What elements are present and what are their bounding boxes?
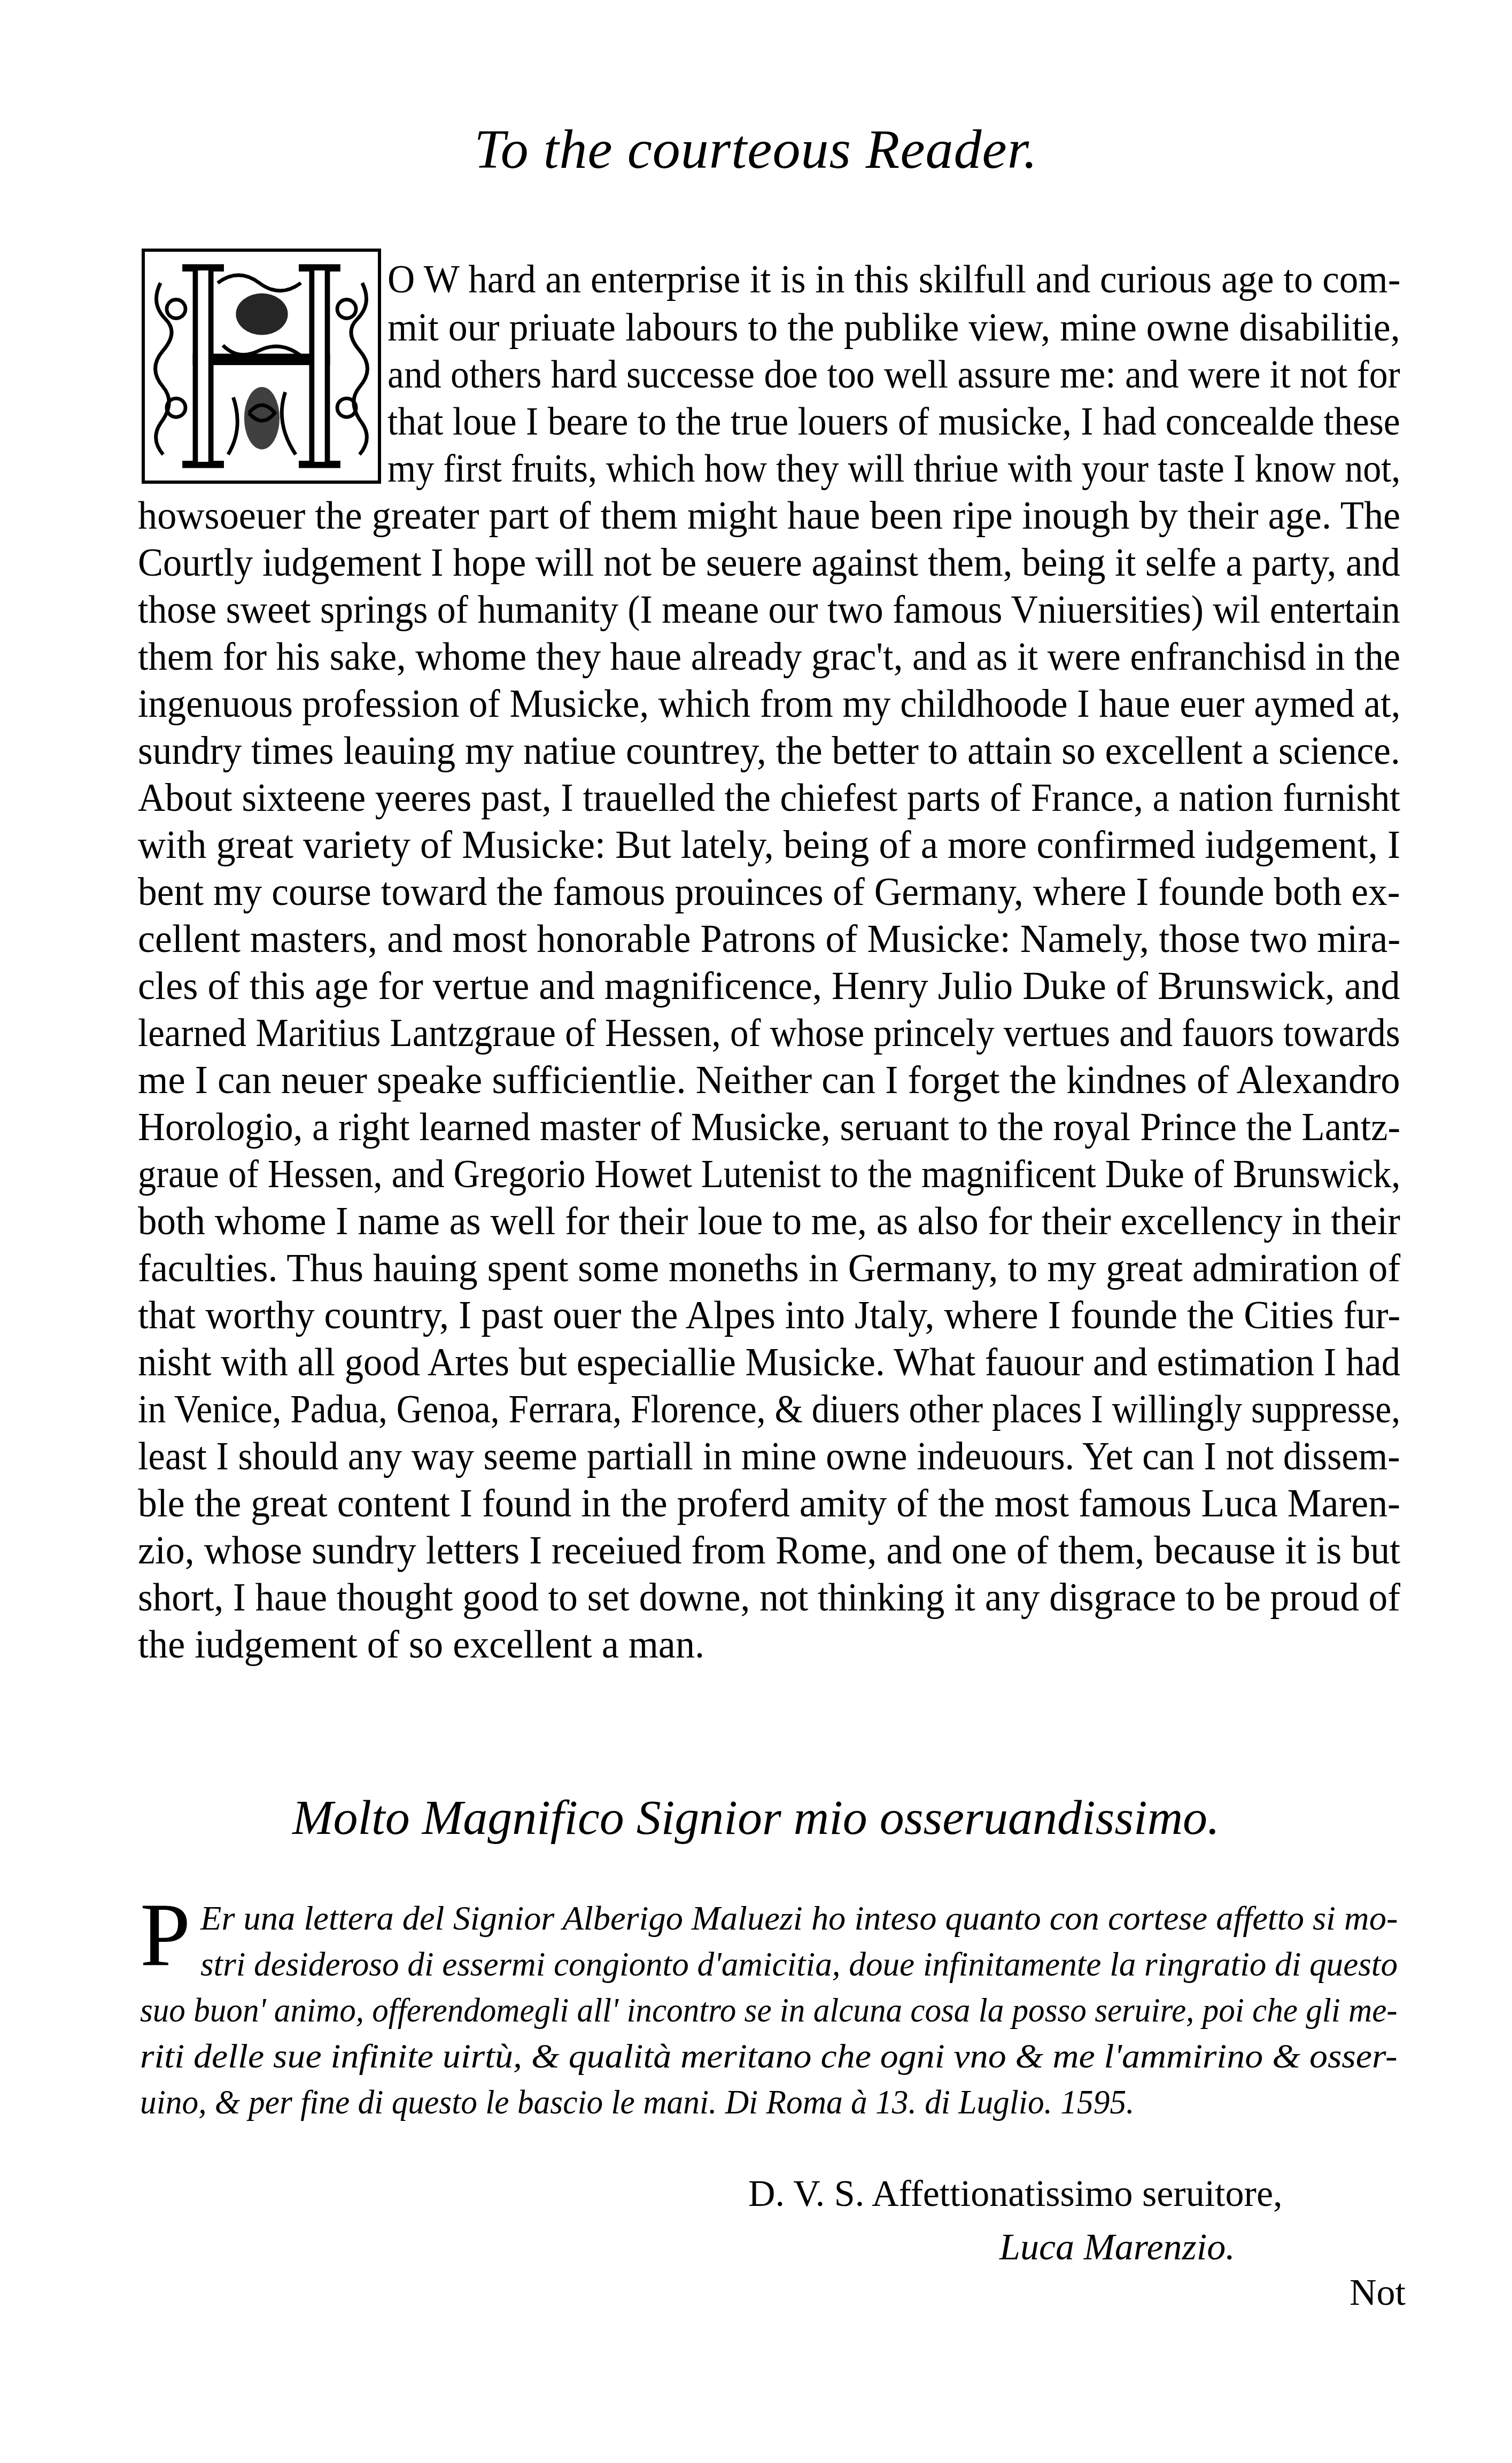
text-line: ingenuous profession of Musicke, which f… (138, 680, 1400, 728)
text-line: learned Maritius Lantzgraue of Hessen, o… (138, 1009, 1400, 1057)
text-line: least I should any way seeme partiall in… (138, 1432, 1400, 1481)
letter-heading: Molto Magnifico Signior mio osseruandiss… (0, 1785, 1512, 1849)
text-line: graue of Hessen, and Gregorio Howet Lute… (138, 1150, 1400, 1198)
text-line: that loue I beare to the true louers of … (387, 398, 1400, 446)
text-line: sundry times leauing my natiue countrey,… (138, 727, 1400, 775)
text-line: howsoeuer the greater part of them might… (138, 492, 1400, 540)
text-line: cles of this age for vertue and magnific… (138, 962, 1400, 1010)
text-line: and others hard successe doe too well as… (387, 351, 1400, 399)
text-line: mit our priuate labours to the publike v… (387, 304, 1400, 352)
text-line: bent my course toward the famous prouinc… (138, 868, 1400, 916)
text-line: cellent masters, and most honorable Patr… (138, 915, 1400, 963)
signature-closing: D. V. S. Affettionatissimo seruitore, (748, 2170, 1282, 2218)
text-line: faculties. Thus hauing spent some moneth… (138, 1244, 1400, 1292)
text-line: me I can neuer speake sufficientlie. Nei… (138, 1056, 1400, 1104)
text-line: my first fruits, which how they will thr… (387, 445, 1400, 493)
text-line-last: the iudgement of so excellent a man. (138, 1621, 704, 1669)
text-line: Horologio, a right learned master of Mus… (138, 1103, 1400, 1151)
text-line: those sweet springs of humanity (I meane… (138, 586, 1400, 634)
text-line: in Venice, Padua, Genoa, Ferrara, Floren… (138, 1385, 1400, 1434)
ornamental-letter-h-icon (145, 252, 378, 481)
text-line: O W hard an enterprise it is in this ski… (387, 255, 1400, 304)
text-line: them for his sake, whome they haue alrea… (138, 633, 1400, 681)
text-line: both whome I name as well for their loue… (138, 1197, 1400, 1245)
text-line: that worthy country, I past ouer the Alp… (138, 1291, 1400, 1339)
book-page: To the courteous Reader. (0, 0, 1512, 2463)
signature-name: Luca Marenzio. (999, 2224, 1235, 2272)
decorated-initial-h (142, 249, 381, 484)
letter-line: stri desideroso di essermi congionto d'a… (200, 1942, 1398, 1986)
text-line: zio, whose sundry letters I receiued fro… (138, 1527, 1400, 1575)
text-line: ble the great content I found in the pro… (138, 1480, 1400, 1528)
catchword: Not (1350, 2269, 1406, 2317)
text-line: About sixteene yeeres past, I trauelled … (138, 774, 1400, 822)
letter-line: uino, & per fine di questo le bascio le … (140, 2080, 1134, 2124)
page-title: To the courteous Reader. (0, 115, 1512, 184)
letter-initial: P (140, 1889, 191, 1980)
letter-line: riti delle sue infinite uirtù, & qualità… (140, 2034, 1398, 2078)
text-line: with great variety of Musicke: But latel… (138, 821, 1400, 869)
letter-line: suo buon' animo, offerendomegli all' inc… (140, 1988, 1398, 2032)
text-line: short, I haue thought good to set downe,… (138, 1574, 1400, 1622)
text-line: Courtly iudgement I hope will not be seu… (138, 539, 1400, 587)
letter-line: Er una lettera del Signior Alberigo Malu… (200, 1896, 1398, 1940)
text-line: nisht with all good Artes but especialli… (138, 1338, 1400, 1387)
